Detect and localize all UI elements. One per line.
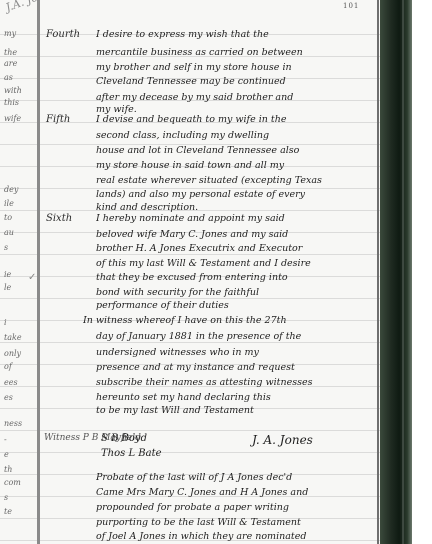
text-line: that they be excused from entering into [96, 272, 378, 283]
book-binding-edge [380, 0, 412, 544]
margin-note: ness [4, 419, 22, 428]
margin-note: com [4, 478, 21, 487]
text-line: beloved wife Mary C. Jones and my said [96, 229, 378, 240]
margin-note: le [4, 283, 11, 292]
text-line: Came Mrs Mary C. Jones and H A Jones and [96, 487, 378, 498]
text-line: subscribe their names as attesting witne… [96, 377, 378, 388]
text-line: second class, including my dwelling [96, 130, 378, 141]
text-line: mercantile business as carried on betwee… [96, 47, 378, 58]
margin-note: with [4, 86, 22, 95]
margin-note: es [4, 393, 13, 402]
margin-note: to [4, 213, 12, 222]
witness-name: S B Boyd [101, 433, 147, 444]
text-line: I desire to express my wish that the [96, 29, 378, 40]
margin-note: only [4, 349, 21, 358]
margin-note: the [4, 48, 17, 57]
text-line: after my decease by my said brother and [96, 92, 378, 103]
text-line: presence and at my instance and request [96, 362, 378, 373]
margin-note: are [4, 59, 17, 68]
margin-note: my [4, 29, 16, 38]
text-line: Cleveland Tennessee may be continued [96, 76, 378, 87]
margin-note: dey [4, 185, 18, 194]
testator-signature: J. A. Jones [252, 433, 313, 447]
margin-note: ie [4, 270, 11, 279]
margin-note: s [4, 243, 8, 252]
text-line: undersigned witnesses who in my [96, 347, 378, 358]
margin-note: th [4, 465, 12, 474]
margin-note: ees [4, 378, 18, 387]
text-line: of this my last Will & Testament and I d… [96, 258, 378, 269]
margin-note: wife [4, 114, 21, 123]
section-label-fourth: Fourth [46, 29, 80, 40]
text-line: Probate of the last will of J A Jones de… [96, 472, 378, 483]
text-line: to be my last Will and Testament [96, 405, 378, 416]
margin-note: this [4, 98, 19, 107]
section-label-sixth: Sixth [46, 213, 72, 224]
margin-note: s [4, 493, 8, 502]
page-number: 101 [343, 2, 359, 10]
text-line: kind and description. [96, 202, 378, 213]
section-label-fifth: Fifth [46, 114, 70, 125]
text-line: house and lot in Cleveland Tennessee als… [96, 145, 378, 156]
text-line: hereunto set my hand declaring this [96, 392, 378, 403]
text-line: of Joel A Jones in which they are nomina… [96, 531, 378, 542]
text-line: I hereby nominate and appoint my said [96, 213, 378, 224]
text-line: bond with security for the faithful [96, 287, 378, 298]
witness-name: Thos L Bate [101, 448, 162, 459]
margin-note: ile [4, 199, 14, 208]
text-line: I devise and bequeath to my wife in the [96, 114, 378, 125]
text-line: my store house in said town and all my [96, 160, 378, 171]
margin-note: - [4, 435, 7, 444]
text-line: my brother and self in my store house in [96, 62, 378, 73]
margin-note: of [4, 362, 12, 371]
left-margin-rule [37, 0, 40, 544]
margin-note: i [4, 318, 7, 327]
text-line: propounded for probate a paper writing [96, 502, 378, 513]
text-line: real estate wherever situated (excepting… [96, 175, 378, 186]
text-line: In witness whereof I have on this the 27… [83, 315, 365, 326]
text-line: day of January 1881 in the presence of t… [96, 331, 378, 342]
margin-note: e [4, 450, 9, 459]
text-line: performance of their duties [96, 300, 378, 311]
document-page: 101 J.A. Jones my the are as with this w… [0, 0, 380, 544]
check-mark-icon: ✓ [28, 272, 36, 283]
margin-note: au [4, 228, 14, 237]
text-line: lands) and also my personal estate of ev… [96, 189, 378, 200]
margin-note: te [4, 507, 12, 516]
text-line: purporting to be the last Will & Testame… [96, 517, 378, 528]
margin-note: take [4, 333, 22, 342]
text-line: brother H. A Jones Executrix and Executo… [96, 243, 378, 254]
margin-note: as [4, 73, 13, 82]
